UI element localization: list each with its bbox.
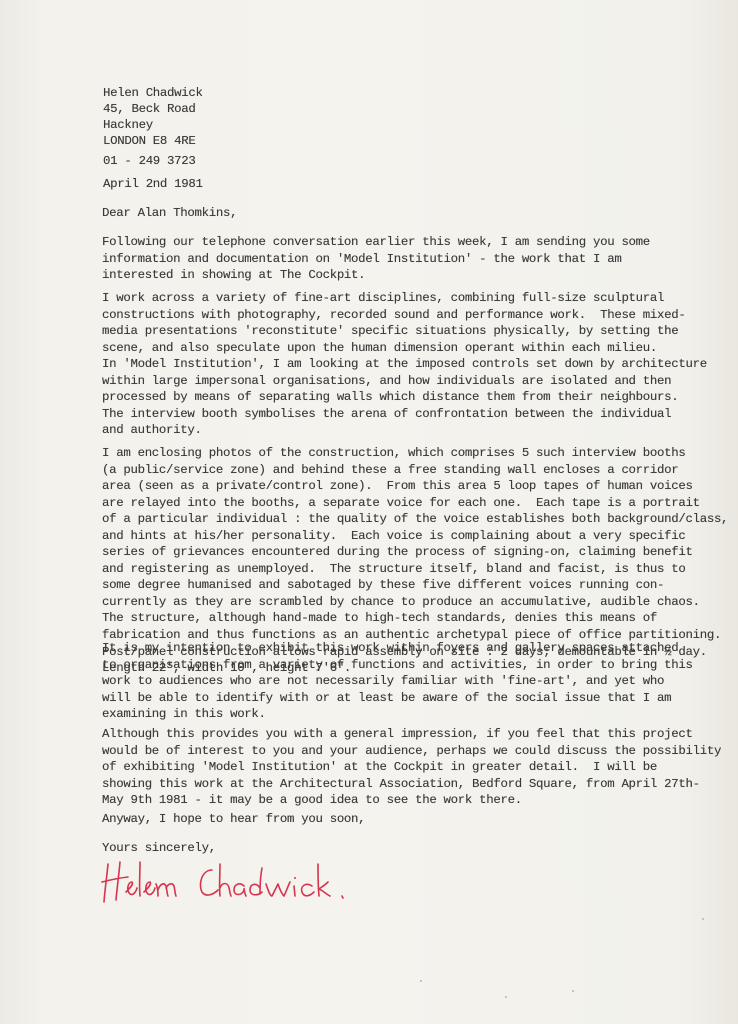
sender-district: Hackney	[103, 117, 153, 133]
paragraph-closing-remark: Anyway, I hope to hear from you soon,	[102, 811, 365, 828]
paragraph-intention: It is my intention to exhibit this work …	[102, 640, 693, 723]
paper-fleck	[702, 918, 704, 920]
paragraph-intro: Following our telephone conversation ear…	[102, 234, 650, 284]
closing: Yours sincerely,	[102, 840, 216, 856]
paper-fleck	[420, 980, 422, 982]
letter-date: April 2nd 1981	[103, 176, 203, 192]
paper-fleck	[572, 990, 574, 992]
handwritten-signature: Helen Chadwick.	[100, 858, 360, 908]
paper-fleck	[505, 996, 507, 998]
sender-street: 45, Beck Road	[103, 101, 196, 117]
sender-phone: 01 - 249 3723	[103, 153, 196, 169]
sender-city-postcode: LONDON E8 4RE	[103, 133, 196, 149]
letter-page: Helen Chadwick 45, Beck Road Hackney LON…	[0, 0, 738, 1024]
paragraph-practice: I work across a variety of fine-art disc…	[102, 290, 707, 439]
paragraph-proposal: Although this provides you with a genera…	[102, 726, 721, 809]
sender-name: Helen Chadwick	[103, 85, 203, 101]
salutation: Dear Alan Thomkins,	[102, 205, 237, 221]
